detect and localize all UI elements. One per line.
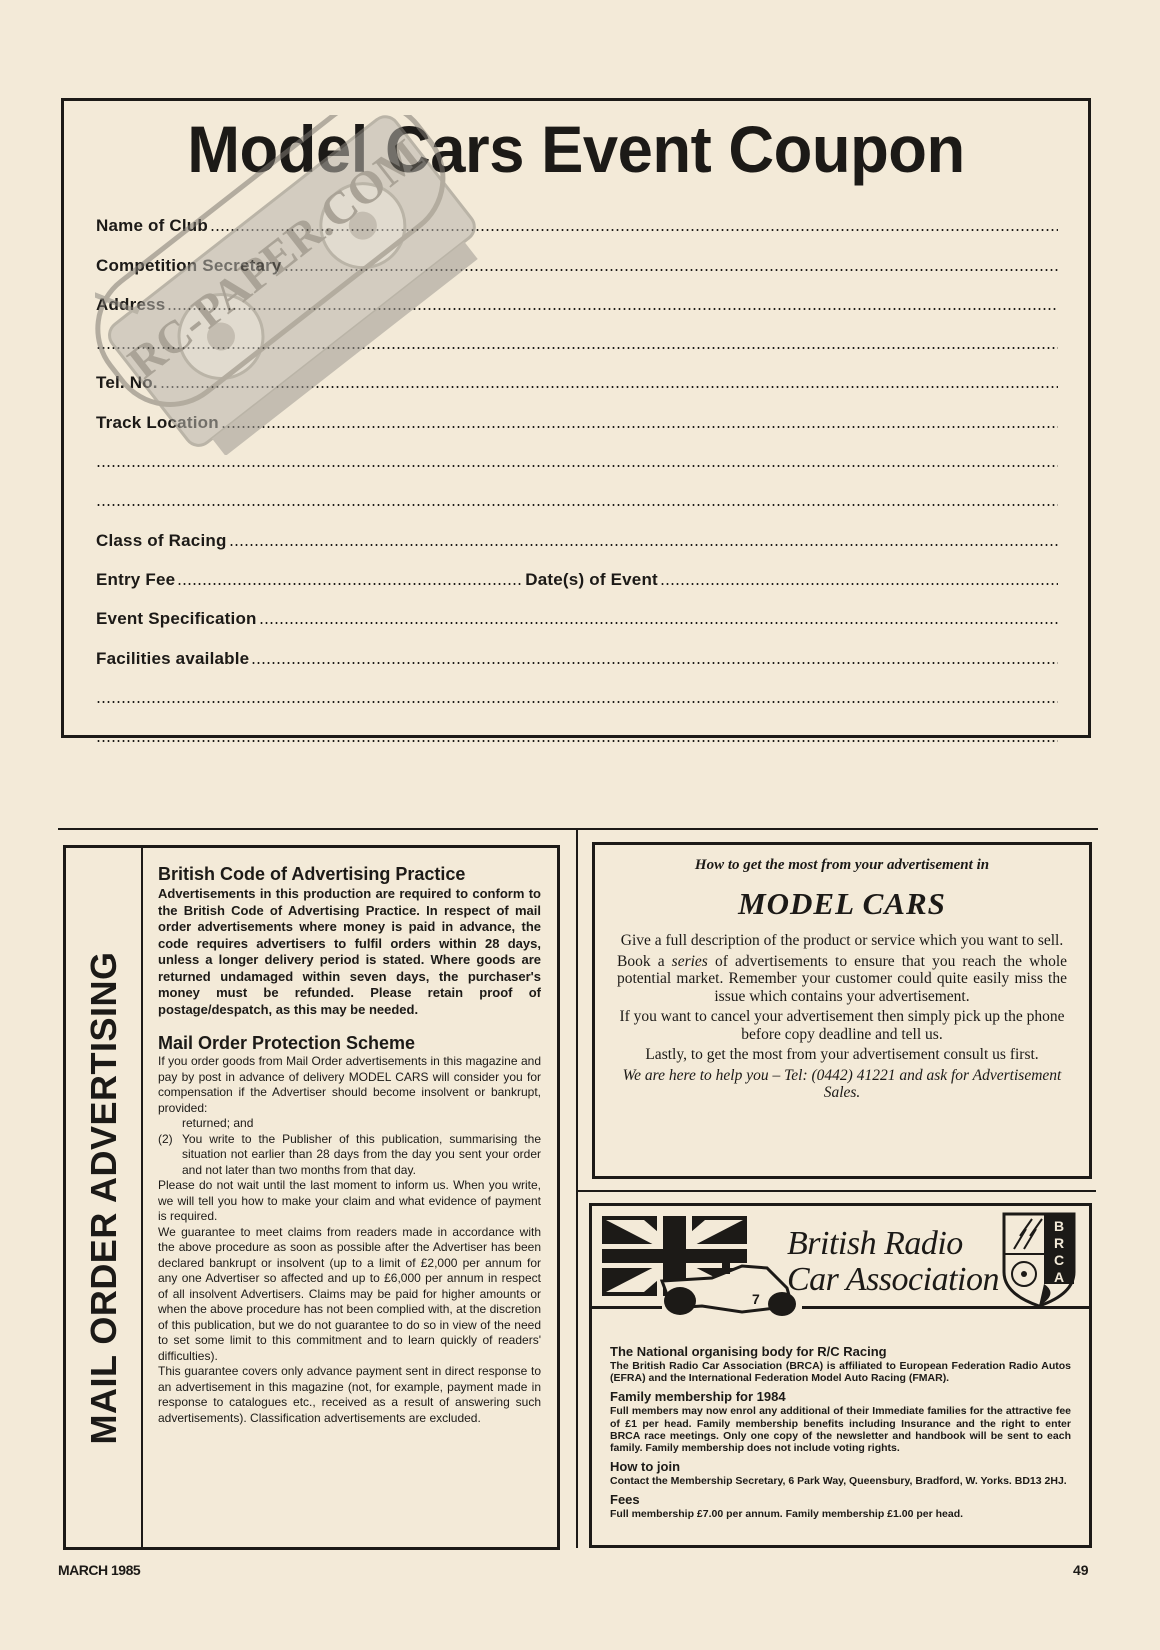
- brca-section-text: Full members may now enrol any additiona…: [610, 1405, 1071, 1454]
- coupon-field[interactable]: Facilities available: [96, 629, 1058, 668]
- dotted-entry-line[interactable]: [160, 386, 1058, 388]
- advert-tip-4: Lastly, to get the most from your advert…: [617, 1046, 1067, 1064]
- coupon-field[interactable]: Entry FeeDate(s) of Event: [96, 551, 1058, 590]
- advert-tip-2: Book a series of advertisements to ensur…: [617, 953, 1067, 1006]
- scheme-heading: Mail Order Protection Scheme: [158, 1032, 541, 1054]
- coupon-field[interactable]: Name of Club: [96, 197, 1058, 236]
- coverage-paragraph: This guarantee covers only advance payme…: [158, 1364, 541, 1426]
- coupon-field[interactable]: Track Location: [96, 393, 1058, 432]
- dotted-entry-line[interactable]: [210, 229, 1058, 231]
- dotted-entry-line[interactable]: [660, 583, 1058, 585]
- dotted-entry-line[interactable]: [284, 269, 1058, 271]
- dotted-entry-line[interactable]: [229, 544, 1058, 546]
- dotted-entry-line[interactable]: [167, 308, 1058, 310]
- brca-section-heading: How to join: [610, 1459, 1071, 1475]
- mail-order-side-title: MAIL ORDER ADVERTISING: [83, 951, 125, 1444]
- dotted-entry-line[interactable]: [96, 701, 1058, 703]
- dotted-entry-line[interactable]: [251, 662, 1058, 664]
- advert-tip-3: If you want to cancel your advertisement…: [617, 1008, 1067, 1043]
- brca-section-heading: Fees: [610, 1492, 1071, 1508]
- field-label: Tel. No.: [96, 373, 160, 393]
- event-coupon: Model Cars Event Coupon Name of ClubComp…: [61, 98, 1091, 738]
- field-label: Date(s) of Event: [523, 570, 660, 590]
- dotted-entry-line[interactable]: [96, 347, 1058, 349]
- brca-panel: 7 B R C A British Radio C: [589, 1203, 1092, 1548]
- brca-section-heading: The National organising body for R/C Rac…: [610, 1344, 1071, 1360]
- brca-section-text: The British Radio Car Association (BRCA)…: [610, 1360, 1071, 1384]
- code-text: Advertisements in this production are re…: [158, 886, 541, 1018]
- brca-info: The National organising body for R/C Rac…: [610, 1344, 1071, 1526]
- issue-date: MARCH 1985: [58, 1562, 140, 1578]
- svg-text:C: C: [1054, 1252, 1064, 1268]
- coupon-field[interactable]: [96, 315, 1058, 354]
- advert-contact: We are here to help you – Tel: (0442) 41…: [617, 1067, 1067, 1102]
- coupon-field[interactable]: [96, 669, 1058, 708]
- code-heading: British Code of Advertising Practice: [158, 863, 541, 885]
- page-number: 49: [1073, 1562, 1089, 1578]
- field-label: Event Specification: [96, 609, 259, 629]
- advert-tip-1: Give a full description of the product o…: [617, 932, 1067, 950]
- field-label: Competition Secretary: [96, 256, 284, 276]
- coupon-field[interactable]: Address: [96, 276, 1058, 315]
- brca-section-text: Full membership £7.00 per annum. Family …: [610, 1508, 1071, 1520]
- field-label: Track Location: [96, 413, 221, 433]
- brca-name: British Radio Car Association: [787, 1226, 999, 1298]
- dotted-entry-line[interactable]: [96, 740, 1058, 742]
- svg-text:A: A: [1054, 1269, 1064, 1285]
- guarantee-paragraph: We guarantee to meet claims from readers…: [158, 1225, 541, 1365]
- advertisement-tips-panel: How to get the most from your advertisem…: [592, 842, 1092, 1179]
- coupon-title: Model Cars Event Coupon: [84, 111, 1067, 187]
- svg-text:R: R: [1054, 1235, 1064, 1251]
- item-number: (2): [158, 1132, 182, 1179]
- field-label: Facilities available: [96, 649, 251, 669]
- brca-section-text: Contact the Membership Secretary, 6 Park…: [610, 1475, 1071, 1487]
- field-label: Name of Club: [96, 216, 210, 236]
- mail-order-panel: MAIL ORDER ADVERTISING British Code of A…: [63, 845, 560, 1550]
- dotted-entry-line[interactable]: [221, 426, 1058, 428]
- scheme-item-1: returned; and: [158, 1116, 541, 1132]
- item-text: You write to the Publisher of this publi…: [182, 1132, 541, 1179]
- scheme-intro: If you order goods from Mail Order adver…: [158, 1054, 541, 1116]
- brca-section-heading: Family membership for 1984: [610, 1389, 1071, 1405]
- column-divider: [576, 828, 578, 1548]
- advert-intro: How to get the most from your advertisem…: [595, 857, 1089, 874]
- inform-paragraph: Please do not wait until the last moment…: [158, 1178, 541, 1225]
- advert-title: MODEL CARS: [595, 886, 1089, 922]
- svg-text:7: 7: [752, 1291, 760, 1307]
- field-label: Entry Fee: [96, 570, 177, 590]
- field-label: Address: [96, 295, 167, 315]
- coupon-field[interactable]: [96, 708, 1058, 747]
- dotted-entry-line[interactable]: [177, 583, 523, 585]
- coupon-field[interactable]: [96, 472, 1058, 511]
- mail-order-sidebar: MAIL ORDER ADVERTISING: [66, 848, 143, 1547]
- scheme-item-2: (2) You write to the Publisher of this p…: [158, 1132, 541, 1179]
- coupon-fields: Name of ClubCompetition SecretaryAddress…: [96, 197, 1058, 747]
- coupon-field[interactable]: [96, 433, 1058, 472]
- coupon-field[interactable]: Tel. No.: [96, 354, 1058, 393]
- dotted-entry-line[interactable]: [96, 504, 1058, 506]
- coupon-field[interactable]: Class of Racing: [96, 511, 1058, 550]
- dotted-entry-line[interactable]: [259, 622, 1058, 624]
- field-label: Class of Racing: [96, 531, 229, 551]
- svg-text:B: B: [1054, 1218, 1064, 1234]
- coupon-field[interactable]: Event Specification: [96, 590, 1058, 629]
- dotted-entry-line[interactable]: [96, 465, 1058, 467]
- section-divider-top: [58, 828, 1098, 830]
- brca-banner: 7 B R C A British Radio C: [592, 1206, 1089, 1316]
- right-column-divider: [576, 1190, 1096, 1192]
- coupon-field[interactable]: Competition Secretary: [96, 236, 1058, 275]
